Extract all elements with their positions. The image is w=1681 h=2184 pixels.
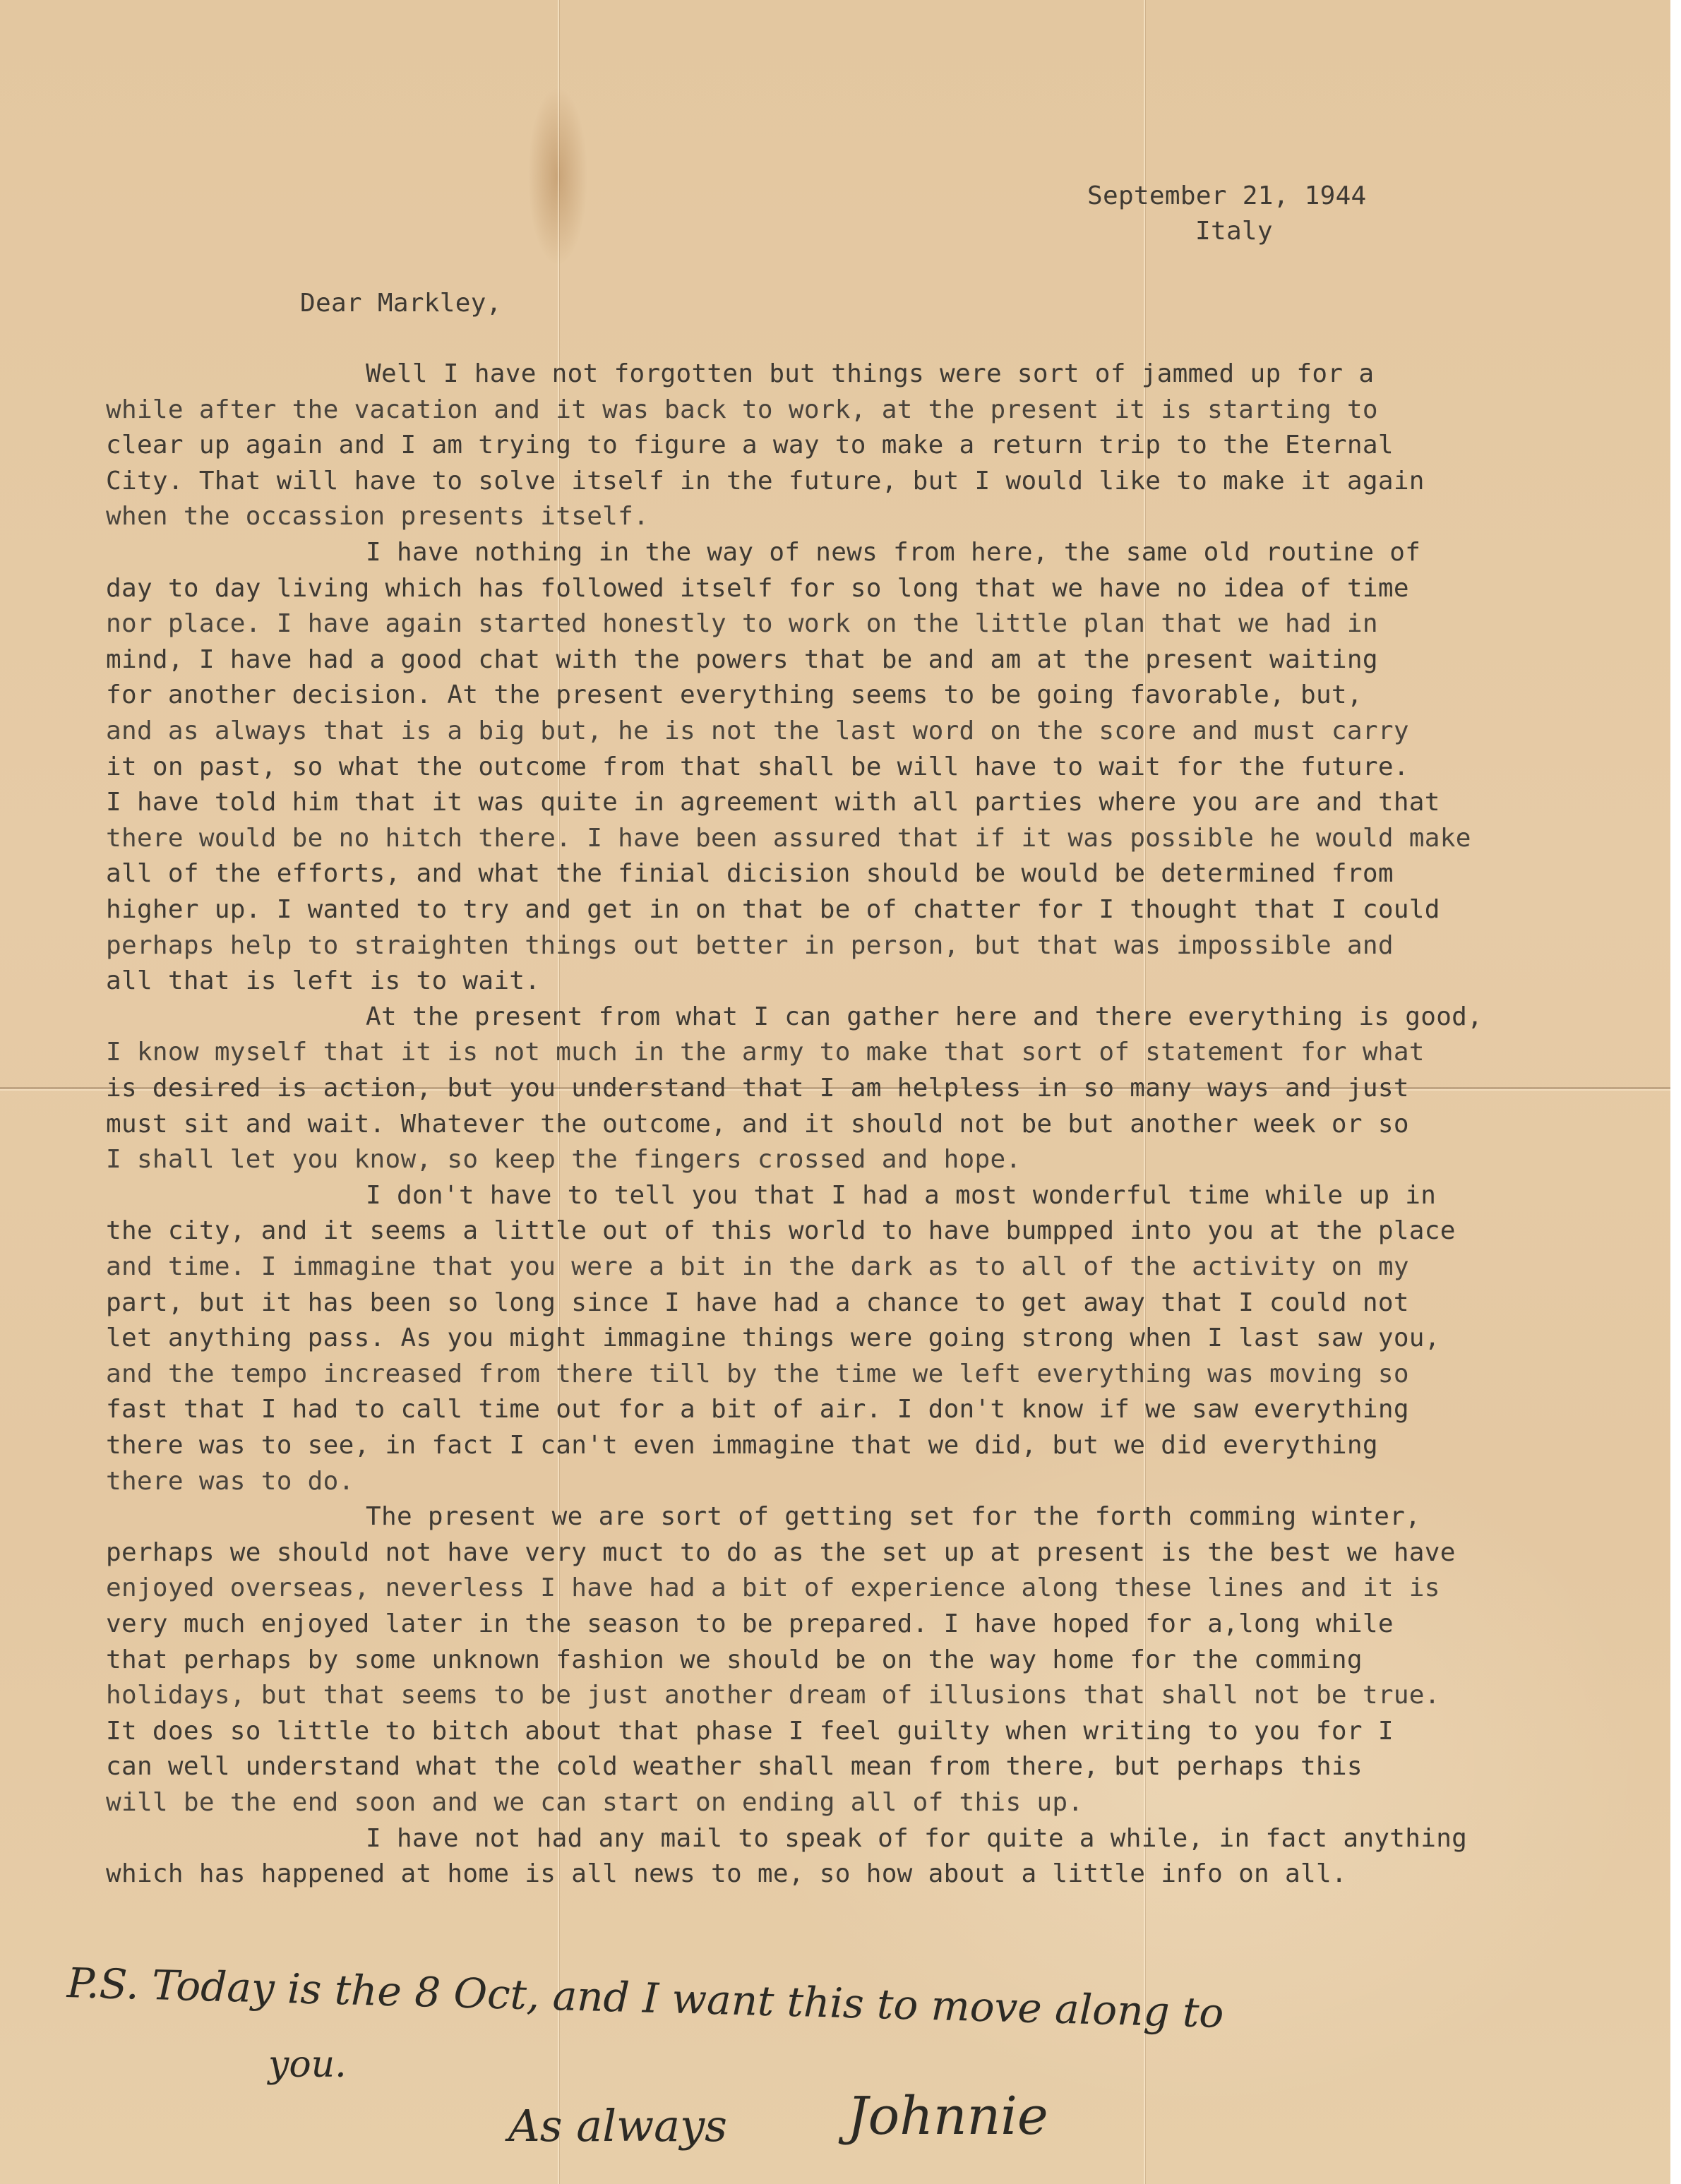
body-line: there was to see, in fact I can't even i… [106, 1428, 1378, 1464]
body-line: I shall let you know, so keep the finger… [106, 1142, 1021, 1178]
body-line: fast that I had to call time out for a b… [106, 1392, 1409, 1428]
body-line: Well I have not forgotten but things wer… [366, 356, 1374, 392]
letter-paper: September 21, 1944 Italy Dear Markley, W… [0, 0, 1670, 2184]
body-line: while after the vacation and it was back… [106, 392, 1378, 428]
body-line: holidays, but that seems to be just anot… [106, 1678, 1440, 1714]
body-line: is desired is action, but you understand… [106, 1071, 1409, 1107]
body-line: which has happened at home is all news t… [106, 1856, 1347, 1892]
signature: Johnnie [847, 2086, 1048, 2147]
body-line: it on past, so what the outcome from tha… [106, 750, 1409, 786]
body-line: that perhaps by some unknown fashion we … [106, 1643, 1363, 1679]
body-line: higher up. I wanted to try and get in on… [106, 892, 1440, 928]
body-line: very much enjoyed later in the season to… [106, 1607, 1394, 1643]
body-line: I don't have to tell you that I had a mo… [366, 1178, 1436, 1214]
body-line: and as always that is a big but, he is n… [106, 714, 1409, 750]
postscript-line-1: P.S. Today is the 8 Oct, and I want this… [66, 1959, 1224, 2037]
postscript-line-2: you. [268, 2044, 347, 2086]
body-line: all of the efforts, and what the finial … [106, 856, 1394, 892]
body-line: let anything pass. As you might immagine… [106, 1321, 1440, 1357]
body-line: must sit and wait. Whatever the outcome,… [106, 1107, 1409, 1143]
body-line: there would be no hitch there. I have be… [106, 821, 1471, 857]
body-line: mind, I have had a good chat with the po… [106, 642, 1378, 678]
body-line: enjoyed overseas, neverless I have had a… [106, 1571, 1440, 1607]
body-line: and time. I immagine that you were a bit… [106, 1249, 1409, 1285]
body-line: when the occassion presents itself. [106, 499, 649, 535]
body-line: all that is left is to wait. [106, 964, 540, 1000]
body-line: can well understand what the cold weathe… [106, 1749, 1363, 1785]
body-line: perhaps we should not have very muct to … [106, 1535, 1456, 1571]
body-line: for another decision. At the present eve… [106, 678, 1363, 714]
body-line: I know myself that it is not much in the… [106, 1035, 1425, 1071]
body-line: I have told him that it was quite in agr… [106, 785, 1440, 821]
body-line: nor place. I have again started honestly… [106, 606, 1378, 642]
body-line: and the tempo increased from there till … [106, 1357, 1409, 1393]
body-line: there was to do. [106, 1464, 354, 1500]
body-line: perhaps help to straighten things out be… [106, 928, 1394, 964]
body-line: I have nothing in the way of news from h… [366, 535, 1420, 571]
body-line: day to day living which has followed its… [106, 571, 1409, 607]
closing: As always [508, 2100, 727, 2152]
body-line: the city, and it seems a little out of t… [106, 1213, 1456, 1249]
body-line: The present we are sort of getting set f… [366, 1499, 1420, 1535]
body-line: I have not had any mail to speak of for … [366, 1821, 1467, 1857]
letter-date: September 21, 1944 [1087, 179, 1367, 215]
letter-place: Italy [1195, 214, 1273, 250]
body-line: part, but it has been so long since I ha… [106, 1285, 1409, 1321]
salutation: Dear Markley, [300, 286, 502, 322]
body-line: City. That will have to solve itself in … [106, 464, 1425, 500]
body-line: It does so little to bitch about that ph… [106, 1714, 1394, 1750]
body-line: clear up again and I am trying to figure… [106, 428, 1394, 464]
body-line: will be the end soon and we can start on… [106, 1785, 1083, 1821]
body-line: At the present from what I can gather he… [366, 1000, 1483, 1036]
